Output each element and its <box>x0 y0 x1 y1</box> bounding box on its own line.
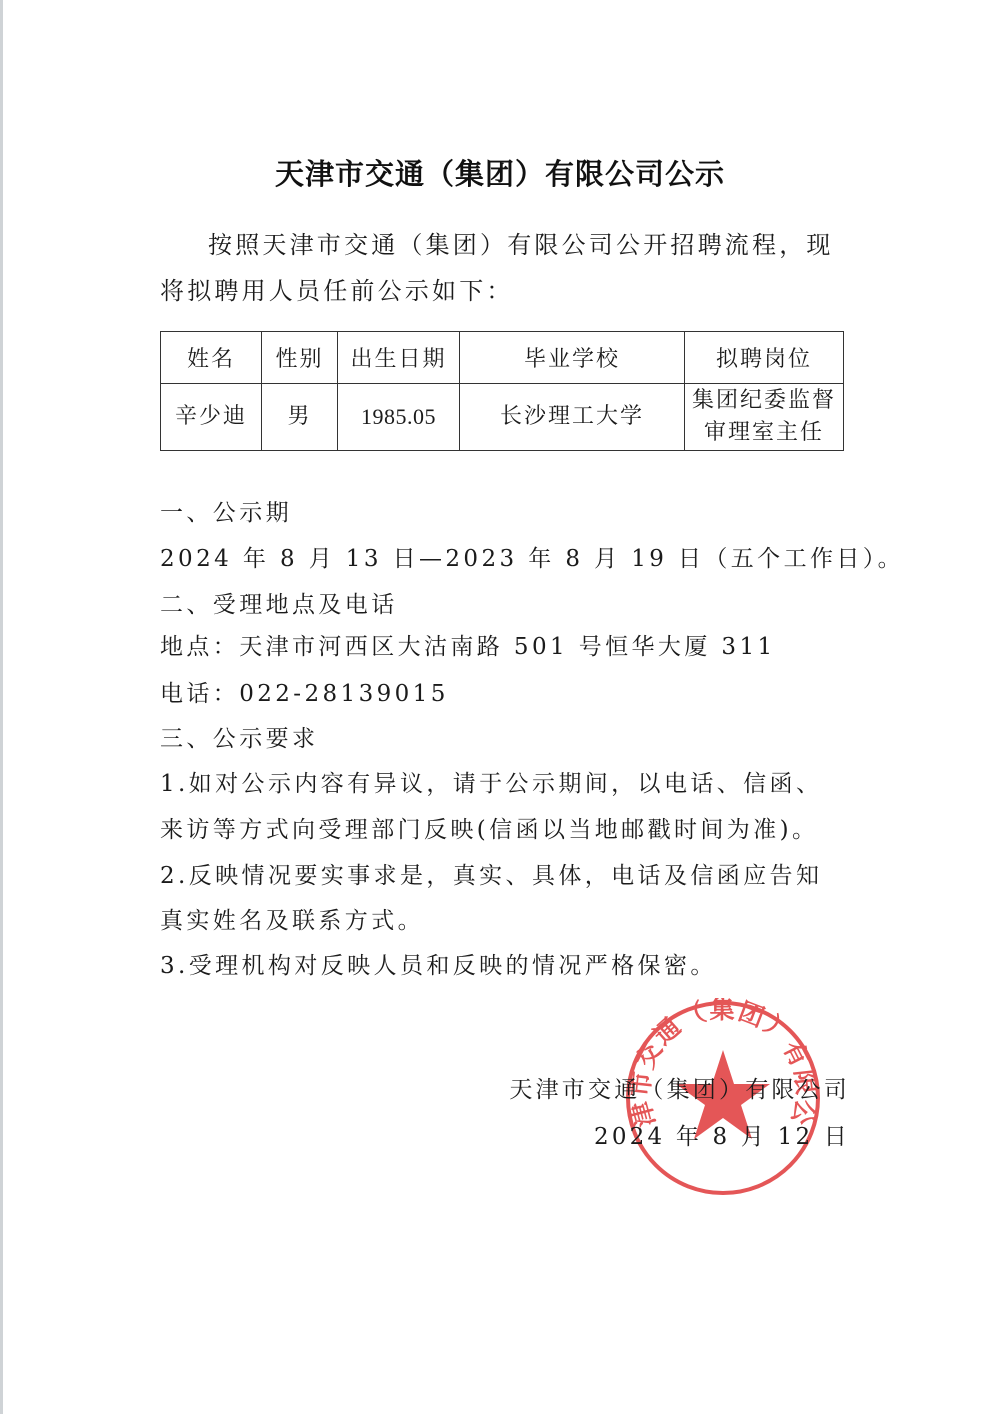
cell-school: 长沙理工大学 <box>460 384 685 451</box>
cell-name: 辛少迪 <box>161 384 262 451</box>
cell-gender: 男 <box>262 384 338 451</box>
requirement-2-line-2: 真实姓名及联系方式。 <box>160 902 424 935</box>
header-gender: 性别 <box>262 332 338 384</box>
header-birth: 出生日期 <box>338 332 460 384</box>
address-text: 地点：天津市河西区大沽南路 501 号恒华大厦 311 <box>160 628 776 661</box>
signature-organization: 天津市交通（集团）有限公司 <box>509 1071 850 1104</box>
phone-text: 电话：022-28139015 <box>160 675 449 708</box>
page-edge <box>0 0 3 1414</box>
header-position: 拟聘岗位 <box>685 332 844 384</box>
table-header-row: 姓名 性别 出生日期 毕业学校 拟聘岗位 <box>161 332 844 384</box>
section-contact-heading: 二、受理地点及电话 <box>160 586 398 619</box>
header-name: 姓名 <box>161 332 262 384</box>
section-period-heading: 一、公示期 <box>160 494 292 527</box>
requirement-1-line-2: 来访等方式向受理部门反映(信函以当地邮戳时间为准)。 <box>160 811 818 844</box>
cell-birth: 1985.05 <box>338 384 460 451</box>
document-title: 天津市交通（集团）有限公司公示 <box>0 152 1000 193</box>
requirement-2-line-1: 2.反映情况要实事求是，真实、具体，电话及信函应告知 <box>160 857 822 890</box>
section-requirements-heading: 三、公示要求 <box>160 720 318 753</box>
position-line-1: 集团纪委监督 <box>685 385 843 417</box>
signature-date: 2024 年 8 月 12 日 <box>594 1118 850 1151</box>
table-row: 辛少迪 男 1985.05 长沙理工大学 集团纪委监督 审理室主任 <box>161 384 844 451</box>
requirement-1-line-1: 1.如对公示内容有异议，请于公示期间，以电话、信函、 <box>160 765 822 798</box>
position-line-2: 审理室主任 <box>685 417 843 449</box>
candidate-table: 姓名 性别 出生日期 毕业学校 拟聘岗位 辛少迪 男 1985.05 长沙理工大… <box>160 331 844 451</box>
intro-paragraph: 按照天津市交通（集团）有限公司公开招聘流程，现将拟聘用人员任前公示如下： <box>160 222 860 314</box>
requirement-3: 3.受理机构对反映人员和反映的情况严格保密。 <box>160 947 717 980</box>
header-school: 毕业学校 <box>460 332 685 384</box>
cell-position: 集团纪委监督 审理室主任 <box>685 384 844 451</box>
period-text: 2024 年 8 月 13 日—2023 年 8 月 19 日（五个工作日）。 <box>160 540 904 573</box>
